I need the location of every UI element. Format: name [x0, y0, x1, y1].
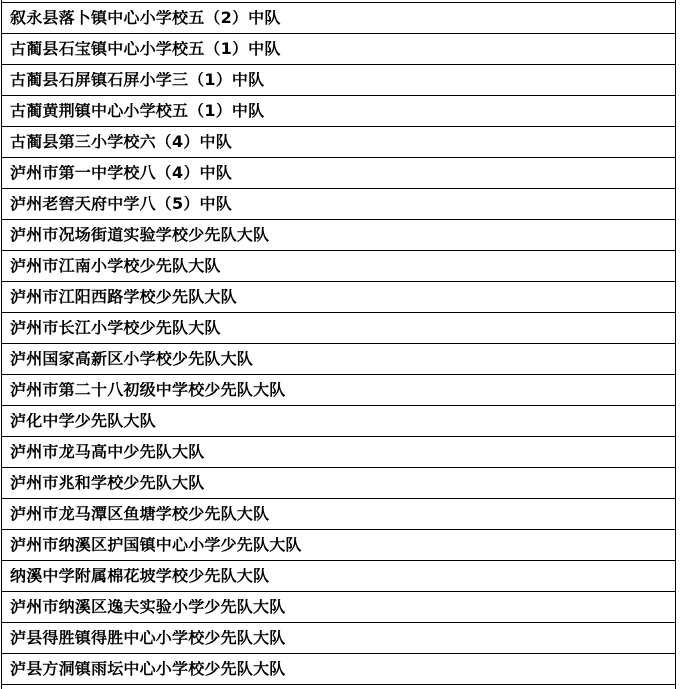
- squadron-name: 泸州市兆和学校少先队大队: [10, 475, 204, 491]
- squadron-name: 古蔺县石屏镇石屏小学三（1）中队: [10, 72, 264, 88]
- squadron-name: 泸州市龙马高中少先队大队: [10, 444, 204, 460]
- squadron-name: 泸州市龙马潭区鱼塘学校少先队大队: [10, 506, 269, 522]
- squadron-name: 泸州老窖天府中学八（5）中队: [10, 196, 232, 212]
- squadron-name: 泸县方洞镇雨坛中心小学校少先队大队: [10, 661, 285, 677]
- table-row: 泸化中学少先队大队: [2, 405, 675, 436]
- table-row: 纳溪中学附属棉花坡学校少先队大队: [2, 560, 675, 591]
- squadron-name: 泸州市纳溪区逸夫实验小学少先队大队: [10, 599, 285, 615]
- table-row: 叙永县落卜镇中心小学校五（2）中队: [2, 2, 675, 33]
- table-row: 泸州国家高新区小学校少先队大队: [2, 343, 675, 374]
- table-row: 泸州市况场街道实验学校少先队大队: [2, 219, 675, 250]
- table-row: 古蔺县石宝镇中心小学校五（1）中队: [2, 33, 675, 64]
- squadron-list-table: 叙永县落卜镇中心小学校五（2）中队古蔺县石宝镇中心小学校五（1）中队古蔺县石屏镇…: [1, 0, 676, 689]
- squadron-name: 泸化中学少先队大队: [10, 413, 156, 429]
- table-rows-container: 叙永县落卜镇中心小学校五（2）中队古蔺县石宝镇中心小学校五（1）中队古蔺县石屏镇…: [2, 2, 675, 684]
- squadron-name: 叙永县落卜镇中心小学校五（2）中队: [10, 10, 281, 26]
- squadron-name: 泸州市长江小学校少先队大队: [10, 320, 221, 336]
- squadron-name: 泸州国家高新区小学校少先队大队: [10, 351, 253, 367]
- table-row: 古蔺县石屏镇石屏小学三（1）中队: [2, 64, 675, 95]
- table-bottom-partial-row: [2, 684, 675, 689]
- squadron-name: 纳溪中学附属棉花坡学校少先队大队: [10, 568, 269, 584]
- table-row: 泸州市第二十八初级中学校少先队大队: [2, 374, 675, 405]
- squadron-name: 泸州市江阳西路学校少先队大队: [10, 289, 237, 305]
- squadron-name: 古蔺黄荆镇中心小学校五（1）中队: [10, 103, 264, 119]
- squadron-name: 泸县得胜镇得胜中心小学校少先队大队: [10, 630, 285, 646]
- table-row: 泸州市兆和学校少先队大队: [2, 467, 675, 498]
- squadron-name: 古蔺县石宝镇中心小学校五（1）中队: [10, 41, 281, 57]
- squadron-name: 泸州市况场街道实验学校少先队大队: [10, 227, 269, 243]
- squadron-name: 泸州市江南小学校少先队大队: [10, 258, 221, 274]
- table-row: 泸州市纳溪区护国镇中心小学少先队大队: [2, 529, 675, 560]
- table-row: 古蔺县第三小学校六（4）中队: [2, 126, 675, 157]
- table-row: 泸州市龙马潭区鱼塘学校少先队大队: [2, 498, 675, 529]
- table-row: 泸县方洞镇雨坛中心小学校少先队大队: [2, 653, 675, 684]
- squadron-name: 古蔺县第三小学校六（4）中队: [10, 134, 232, 150]
- table-row: 古蔺黄荆镇中心小学校五（1）中队: [2, 95, 675, 126]
- table-row: 泸州市第一中学校八（4）中队: [2, 157, 675, 188]
- table-row: 泸县得胜镇得胜中心小学校少先队大队: [2, 622, 675, 653]
- document-page: 叙永县落卜镇中心小学校五（2）中队古蔺县石宝镇中心小学校五（1）中队古蔺县石屏镇…: [0, 0, 680, 689]
- squadron-name: 泸州市纳溪区护国镇中心小学少先队大队: [10, 537, 302, 553]
- table-row: 泸州市江南小学校少先队大队: [2, 250, 675, 281]
- squadron-name: 泸州市第一中学校八（4）中队: [10, 165, 232, 181]
- table-row: 泸州市纳溪区逸夫实验小学少先队大队: [2, 591, 675, 622]
- table-row: 泸州老窖天府中学八（5）中队: [2, 188, 675, 219]
- squadron-name: 泸州市第二十八初级中学校少先队大队: [10, 382, 285, 398]
- table-row: 泸州市长江小学校少先队大队: [2, 312, 675, 343]
- table-row: 泸州市龙马高中少先队大队: [2, 436, 675, 467]
- table-row: 泸州市江阳西路学校少先队大队: [2, 281, 675, 312]
